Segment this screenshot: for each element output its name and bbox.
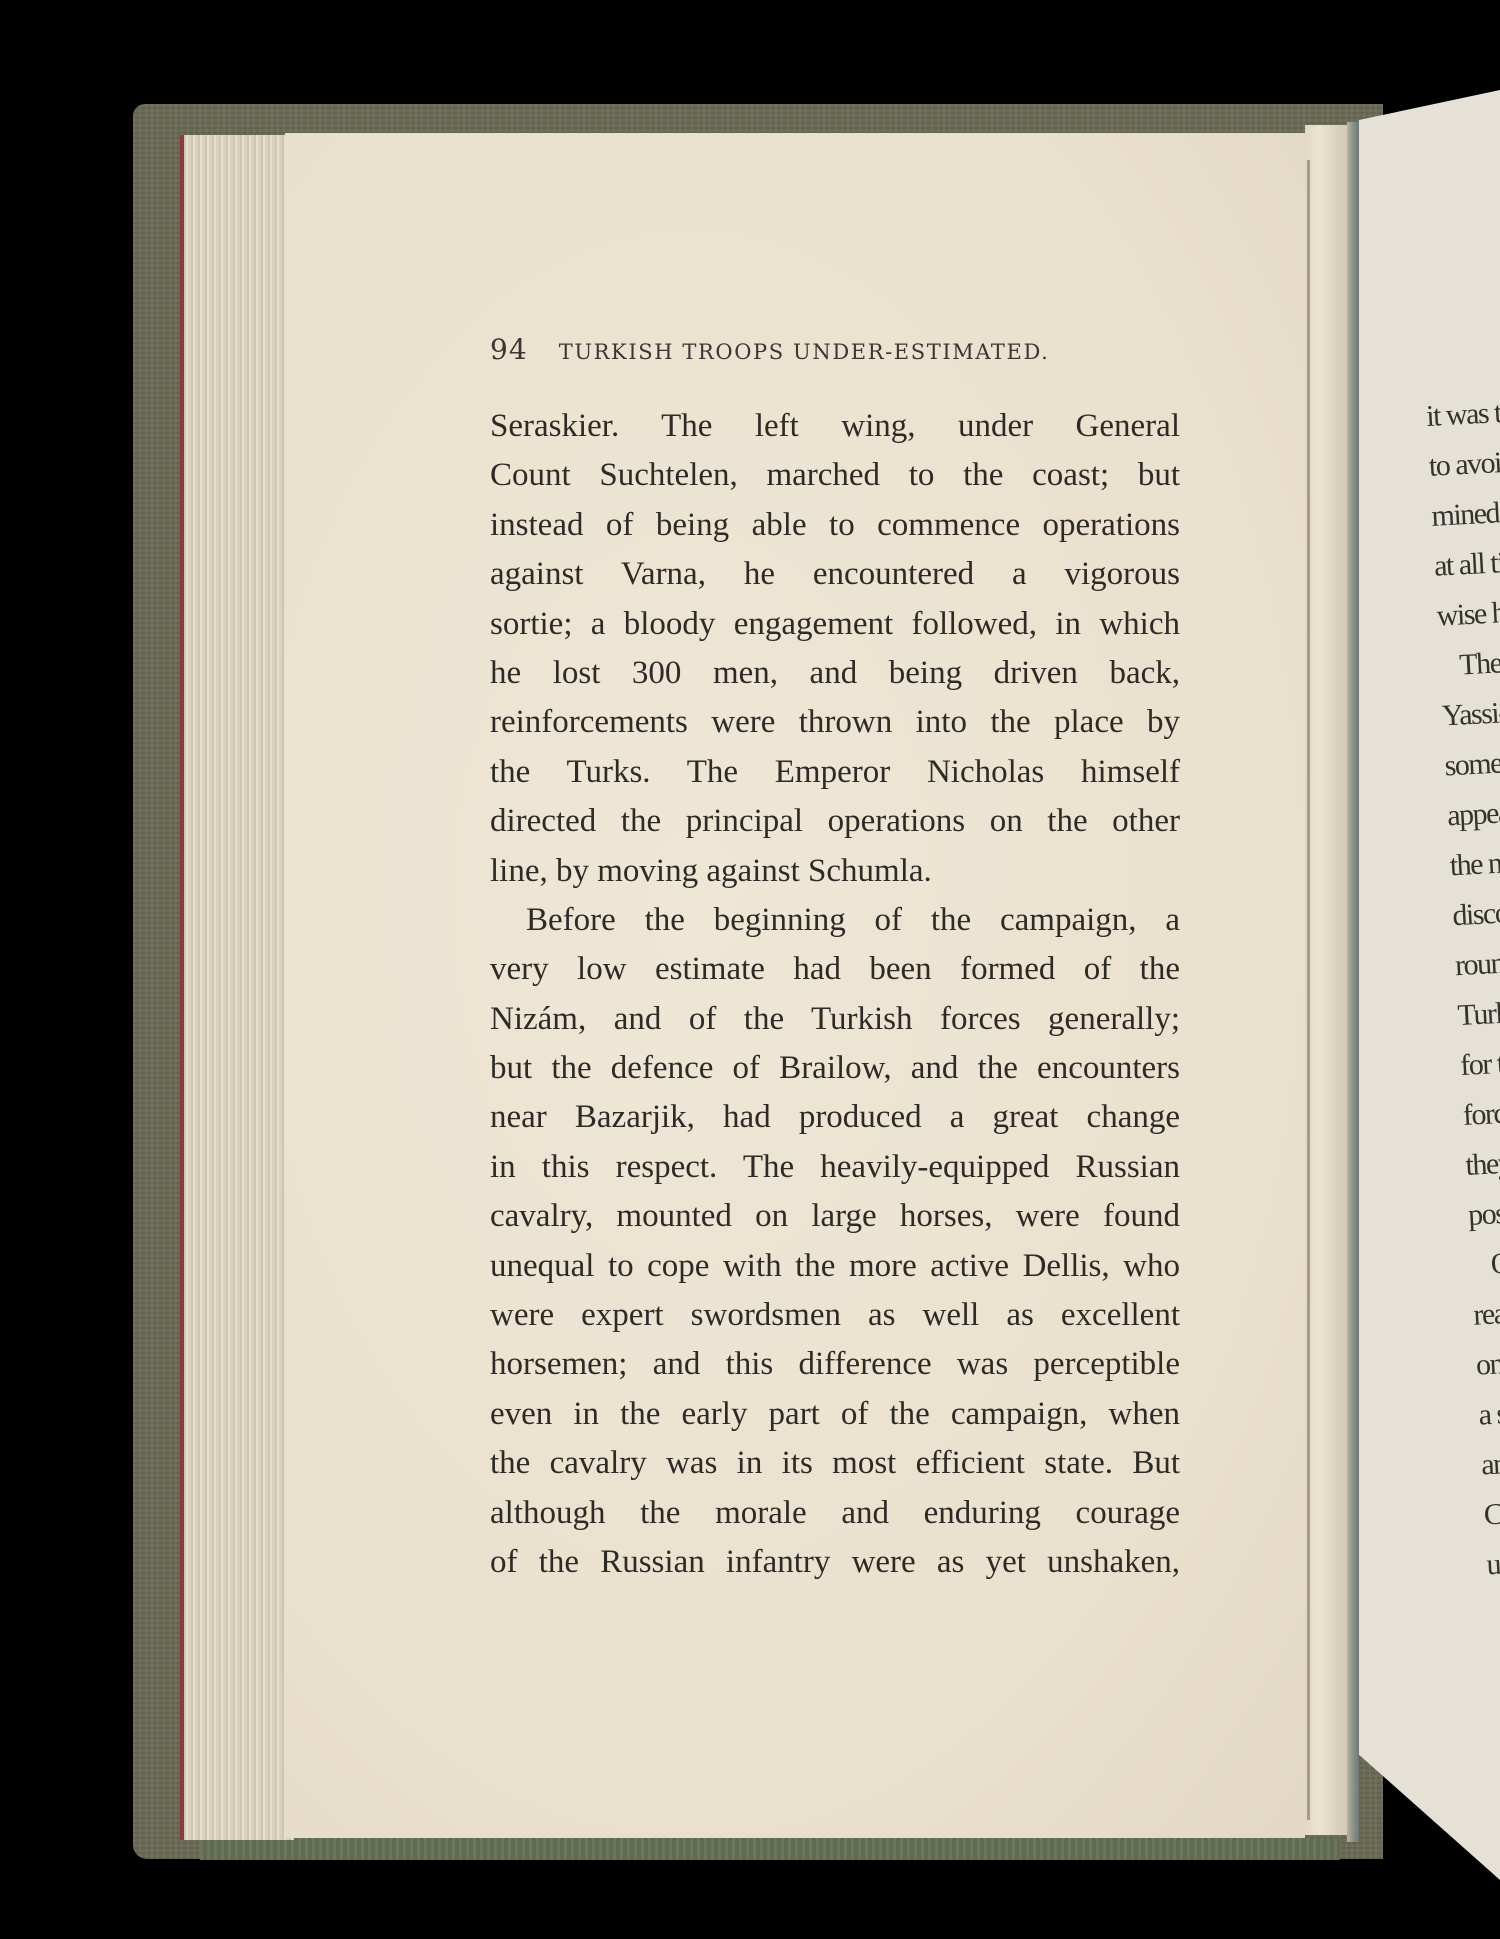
- page-edges: [180, 135, 294, 1840]
- text-line: of the Russian infantry were as yet unsh…: [490, 1538, 1180, 1587]
- left-page-body: Seraskier. The left wing, under General …: [490, 402, 1180, 1587]
- text-line: Nizám, and of the Turkish forces general…: [490, 995, 1180, 1044]
- text-line: were expert swordsmen as well as excelle…: [490, 1291, 1180, 1340]
- text-line: Yassi-Tep: [1441, 681, 1500, 741]
- text-line: horsemen; and this difference was percep…: [490, 1340, 1180, 1389]
- text-line: reinforcements were thrown into the plac…: [490, 698, 1180, 747]
- text-line: appearanc: [1446, 781, 1500, 841]
- text-line: at all time: [1433, 531, 1500, 591]
- text-line: even in the early part of the campaign, …: [490, 1390, 1180, 1439]
- text-line: although the morale and enduring courage: [490, 1489, 1180, 1538]
- text-line: directed the principal operations on the…: [490, 797, 1180, 846]
- text-line: sortie; a bloody engagement followed, in…: [490, 600, 1180, 649]
- text-line: very low estimate had been formed of the: [490, 945, 1180, 994]
- text-line: some Tu: [1443, 731, 1500, 791]
- text-line: it was thou: [1425, 382, 1500, 442]
- text-line: the Turks. The Emperor Nicholas himself: [490, 748, 1180, 797]
- text-line: wise have: [1435, 581, 1500, 641]
- paragraph-start-line: Before the beginning of the campaign, a: [490, 896, 1180, 945]
- gutter-crease: [1307, 160, 1310, 1820]
- text-line: line, by moving against Schumla.: [490, 847, 1180, 896]
- text-line: Seraskier. The left wing, under General: [490, 402, 1180, 451]
- running-head-title: TURKISH TROOPS UNDER-ESTIMATED.: [559, 340, 1050, 364]
- text-line: to avoid u: [1428, 431, 1500, 491]
- text-line: in this respect. The heavily-equipped Ru…: [490, 1143, 1180, 1192]
- text-line: near Bazarjik, had produced a great chan…: [490, 1093, 1180, 1142]
- text-line: but the defence of Brailow, and the enco…: [490, 1044, 1180, 1093]
- text-line: discovere: [1451, 881, 1500, 941]
- text-line: cavalry, mounted on large horses, were f…: [490, 1192, 1180, 1241]
- spine-binding: [1347, 122, 1359, 1842]
- text-line: he lost 300 men, and being driven back,: [490, 649, 1180, 698]
- text-line: instead of being able to commence operat…: [490, 501, 1180, 550]
- text-line: Count Suchtelen, marched to the coast; b…: [490, 451, 1180, 500]
- running-header: 94 TURKISH TROOPS UNDER-ESTIMATED.: [490, 333, 1190, 366]
- book-cover-bottom-edge: [200, 1838, 1340, 1860]
- text-line: the cavalry was in its most efficient st…: [490, 1439, 1180, 1488]
- text-line: against Varna, he encountered a vigorous: [490, 550, 1180, 599]
- text-line: mined atta: [1430, 481, 1500, 541]
- page-number: 94: [490, 333, 528, 366]
- text-line: unequal to cope with the more active Del…: [490, 1242, 1180, 1291]
- gutter-fold: [1305, 125, 1353, 1835]
- text-line: the neighl: [1449, 831, 1500, 891]
